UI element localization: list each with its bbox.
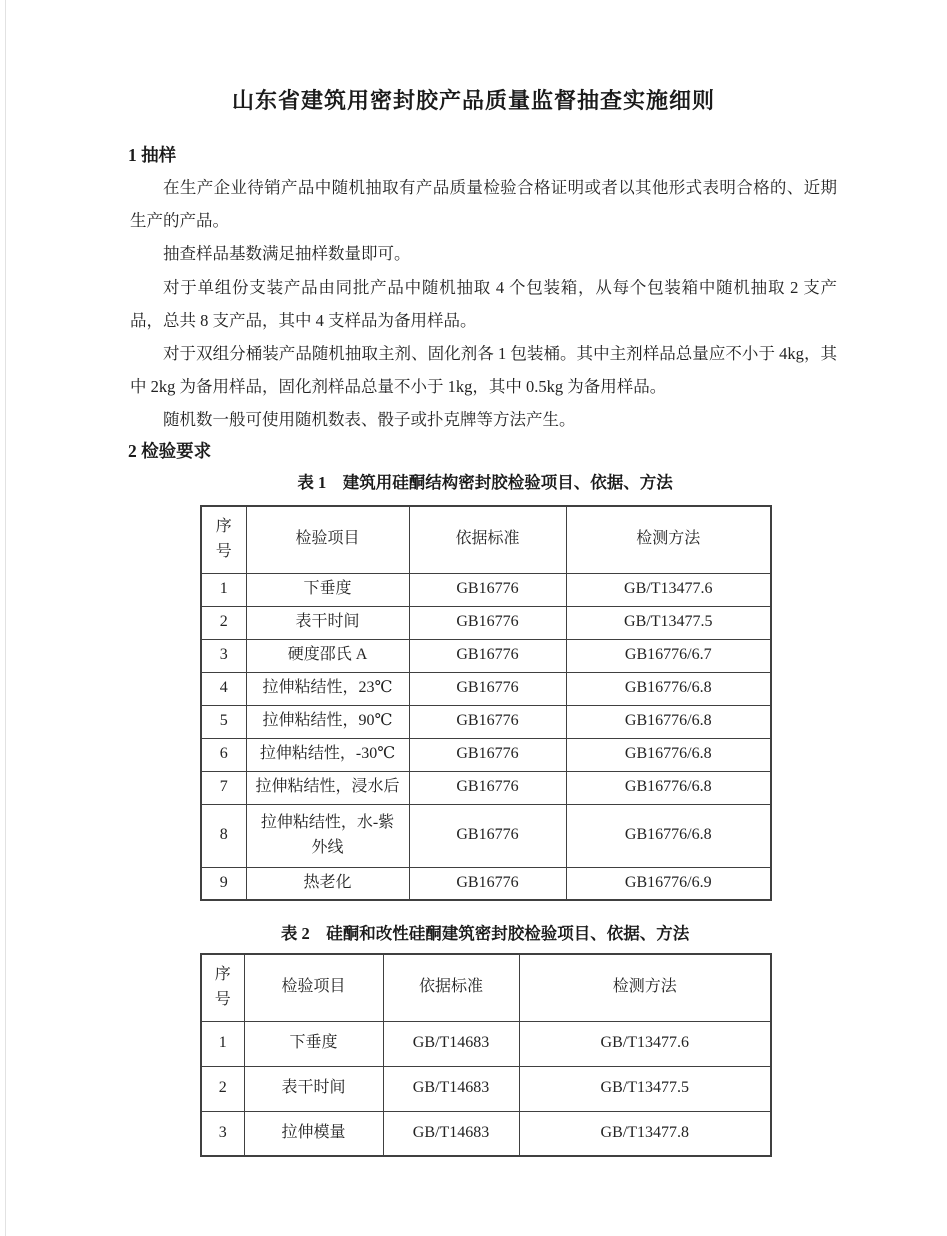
cell-method: GB16776/6.8 — [566, 705, 771, 738]
table-row: 4 拉伸粘结性，23℃ GB16776 GB16776/6.8 — [201, 672, 771, 705]
cell-standard: GB/T14683 — [383, 1021, 519, 1066]
cell-seq: 6 — [201, 738, 246, 771]
cell-method: GB16776/6.8 — [566, 672, 771, 705]
sampling-paragraphs: 在生产企业待销产品中随机抽取有产品质量检验合格证明或者以其他形式表明合格的、近期… — [130, 171, 837, 437]
cell-standard: GB16776 — [409, 639, 566, 672]
cell-method: GB16776/6.7 — [566, 639, 771, 672]
cell-method: GB/T13477.8 — [519, 1111, 771, 1156]
cell-item: 拉伸粘结性，水-紫外线 — [246, 804, 409, 867]
cell-seq: 1 — [201, 1021, 244, 1066]
cell-item: 表干时间 — [244, 1066, 383, 1111]
cell-standard: GB/T14683 — [383, 1111, 519, 1156]
paragraph: 随机数一般可使用随机数表、骰子或扑克牌等方法产生。 — [130, 403, 837, 436]
cell-seq: 7 — [201, 771, 246, 804]
cell-method: GB/T13477.6 — [519, 1021, 771, 1066]
document-title: 山东省建筑用密封胶产品质量监督抽查实施细则 — [0, 84, 947, 115]
document-page: 山东省建筑用密封胶产品质量监督抽查实施细则 1 抽样 在生产企业待销产品中随机抽… — [0, 0, 947, 1236]
paragraph: 抽查样品基数满足抽样数量即可。 — [130, 237, 837, 270]
cell-standard: GB16776 — [409, 771, 566, 804]
table-row: 1 下垂度 GB/T14683 GB/T13477.6 — [201, 1021, 771, 1066]
table-row: 1 下垂度 GB16776 GB/T13477.6 — [201, 573, 771, 606]
cell-seq: 2 — [201, 1066, 244, 1111]
page-edge-line — [5, 0, 6, 1236]
cell-seq: 3 — [201, 639, 246, 672]
table-row: 3 拉伸模量 GB/T14683 GB/T13477.8 — [201, 1111, 771, 1156]
cell-item: 热老化 — [246, 867, 409, 900]
table-2-caption: 表 2 硅酮和改性硅酮建筑密封胶检验项目、依据、方法 — [200, 920, 770, 944]
table-row: 7 拉伸粘结性，浸水后 GB16776 GB16776/6.8 — [201, 771, 771, 804]
cell-method: GB16776/6.8 — [566, 738, 771, 771]
cell-method: GB/T13477.5 — [566, 606, 771, 639]
section-heading-sampling: 1 抽样 — [128, 142, 176, 167]
header-cell-standard: 依据标准 — [383, 954, 519, 1021]
cell-item: 表干时间 — [246, 606, 409, 639]
cell-item: 拉伸粘结性，浸水后 — [246, 771, 409, 804]
cell-seq: 5 — [201, 705, 246, 738]
table-building-sealant: 序号 检验项目 依据标准 检测方法 1 下垂度 GB/T14683 GB/T13… — [200, 953, 772, 1157]
header-cell-item: 检验项目 — [244, 954, 383, 1021]
cell-seq: 3 — [201, 1111, 244, 1156]
cell-seq: 4 — [201, 672, 246, 705]
cell-seq: 2 — [201, 606, 246, 639]
cell-standard: GB16776 — [409, 573, 566, 606]
header-cell-seq: 序号 — [201, 954, 244, 1021]
cell-item: 拉伸粘结性，-30℃ — [246, 738, 409, 771]
cell-standard: GB16776 — [409, 672, 566, 705]
table-structural-sealant: 序号 检验项目 依据标准 检测方法 1 下垂度 GB16776 GB/T1347… — [200, 505, 772, 901]
cell-item: 下垂度 — [244, 1021, 383, 1066]
section-heading-inspection: 2 检验要求 — [128, 438, 211, 463]
header-cell-standard: 依据标准 — [409, 506, 566, 573]
header-cell-item: 检验项目 — [246, 506, 409, 573]
table-row: 2 表干时间 GB16776 GB/T13477.5 — [201, 606, 771, 639]
table-row: 8 拉伸粘结性，水-紫外线 GB16776 GB16776/6.8 — [201, 804, 771, 867]
cell-item: 拉伸粘结性，23℃ — [246, 672, 409, 705]
cell-method: GB16776/6.8 — [566, 804, 771, 867]
cell-item: 硬度邵氏 A — [246, 639, 409, 672]
cell-method: GB/T13477.6 — [566, 573, 771, 606]
table-1-caption: 表 1 建筑用硅酮结构密封胶检验项目、依据、方法 — [200, 469, 770, 493]
cell-seq: 9 — [201, 867, 246, 900]
cell-method: GB16776/6.9 — [566, 867, 771, 900]
cell-item: 拉伸粘结性，90℃ — [246, 705, 409, 738]
cell-standard: GB16776 — [409, 867, 566, 900]
paragraph: 对于单组份支装产品由同批产品中随机抽取 4 个包装箱，从每个包装箱中随机抽取 2… — [130, 271, 837, 337]
header-cell-method: 检测方法 — [519, 954, 771, 1021]
table-row: 3 硬度邵氏 A GB16776 GB16776/6.7 — [201, 639, 771, 672]
cell-method: GB16776/6.8 — [566, 771, 771, 804]
paragraph: 对于双组分桶装产品随机抽取主剂、固化剂各 1 包装桶。其中主剂样品总量应不小于 … — [130, 337, 837, 403]
cell-seq: 8 — [201, 804, 246, 867]
cell-standard: GB16776 — [409, 606, 566, 639]
cell-item: 下垂度 — [246, 573, 409, 606]
table-row: 2 表干时间 GB/T14683 GB/T13477.5 — [201, 1066, 771, 1111]
paragraph: 在生产企业待销产品中随机抽取有产品质量检验合格证明或者以其他形式表明合格的、近期… — [130, 171, 837, 237]
header-cell-method: 检测方法 — [566, 506, 771, 573]
cell-standard: GB/T14683 — [383, 1066, 519, 1111]
table-header-row: 序号 检验项目 依据标准 检测方法 — [201, 506, 771, 573]
cell-standard: GB16776 — [409, 804, 566, 867]
cell-method: GB/T13477.5 — [519, 1066, 771, 1111]
table-row: 6 拉伸粘结性，-30℃ GB16776 GB16776/6.8 — [201, 738, 771, 771]
header-cell-seq: 序号 — [201, 506, 246, 573]
cell-standard: GB16776 — [409, 738, 566, 771]
cell-item: 拉伸模量 — [244, 1111, 383, 1156]
cell-standard: GB16776 — [409, 705, 566, 738]
table-row: 9 热老化 GB16776 GB16776/6.9 — [201, 867, 771, 900]
table-row: 5 拉伸粘结性，90℃ GB16776 GB16776/6.8 — [201, 705, 771, 738]
cell-seq: 1 — [201, 573, 246, 606]
table-header-row: 序号 检验项目 依据标准 检测方法 — [201, 954, 771, 1021]
